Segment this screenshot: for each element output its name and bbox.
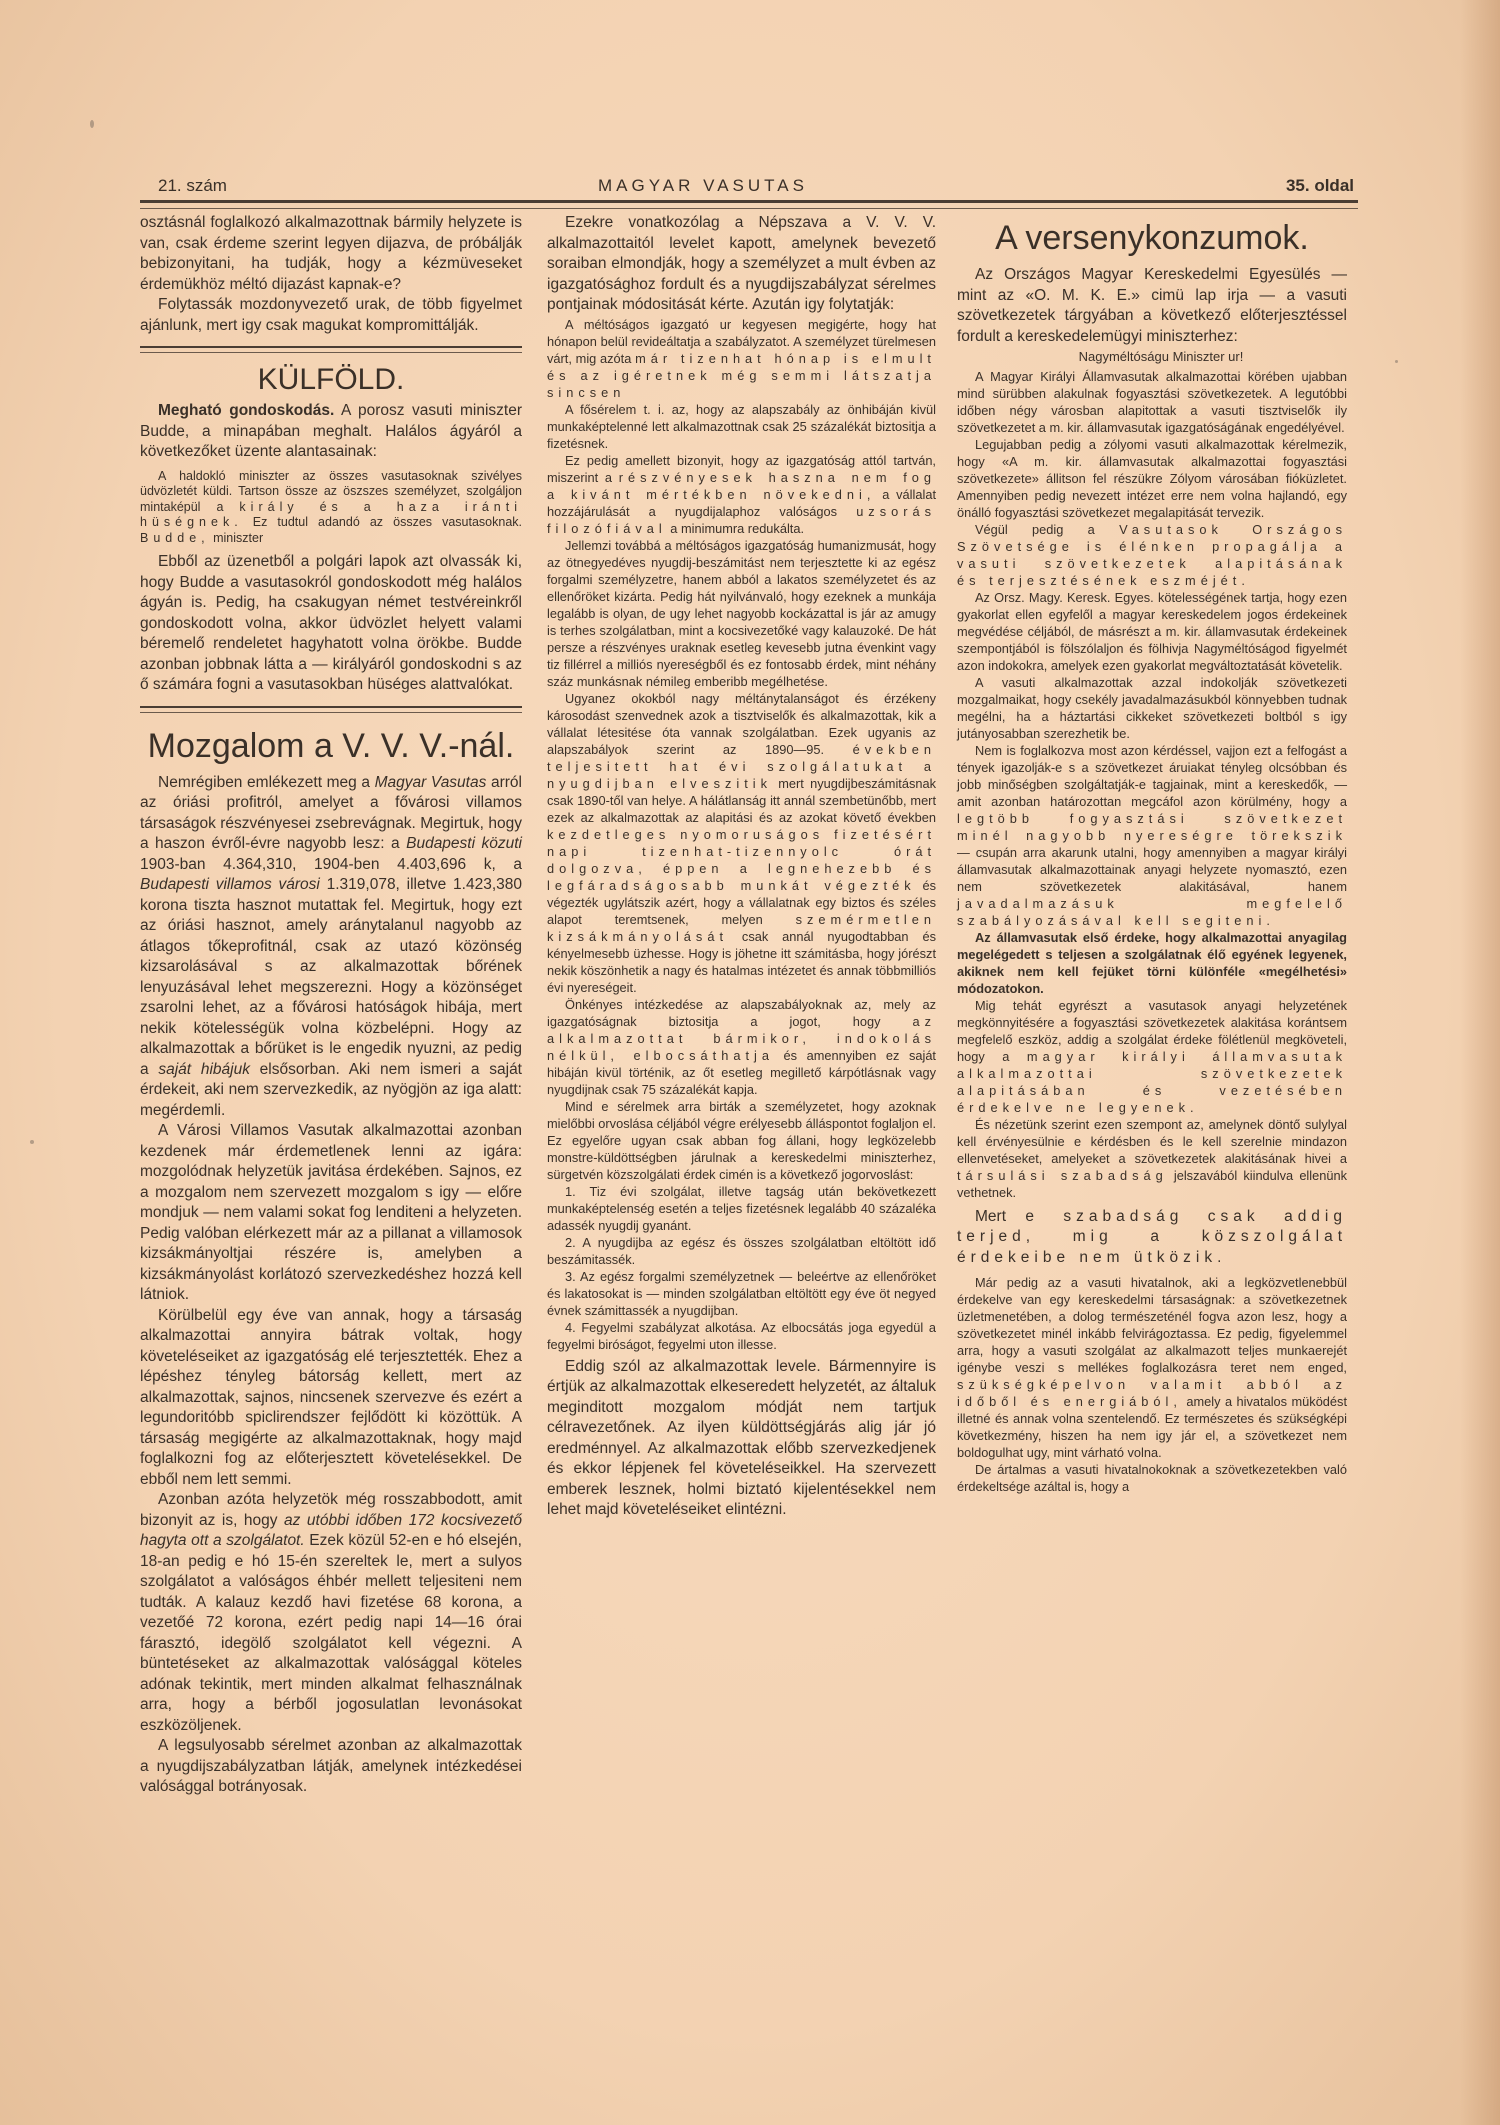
column-middle: Ezekre vonatkozólag a Népszava a V. V. V… bbox=[547, 213, 936, 1521]
section-title-versenykonzumok: A versenykonzumok. bbox=[957, 219, 1347, 257]
paper-speck bbox=[30, 1140, 34, 1144]
section-title-mozgalom: Mozgalom a V. V. V.-nál. bbox=[140, 727, 522, 765]
paragraph: osztásnál foglalkozó alkalmazottnak bárm… bbox=[140, 213, 522, 295]
page-edge-shadow bbox=[1460, 0, 1500, 2125]
letter-paragraph: De ártalmas a vasuti hivatalnokoknak a s… bbox=[957, 1461, 1347, 1495]
letter-paragraph: A fősérelem t. i. az, hogy az alapszabál… bbox=[547, 401, 936, 452]
article-subtitle: Megható gondoskodás. bbox=[158, 402, 334, 419]
paragraph: Az Országos Magyar Kereskedelmi Egyesülé… bbox=[957, 265, 1347, 347]
section-divider bbox=[140, 706, 522, 713]
page-header: 21. szám MAGYAR VASUTAS 35. oldal bbox=[158, 170, 1354, 200]
letter-paragraph: És nézetünk szerint ezen szempont az, am… bbox=[957, 1116, 1347, 1201]
section-divider bbox=[140, 346, 522, 353]
letter-paragraph: Végül pedig a Vasutasok Országos Szövets… bbox=[957, 521, 1347, 589]
letter-paragraph: A vasuti alkalmazottak azzal indokolják … bbox=[957, 674, 1347, 742]
article-lead: Megható gondoskodás. A porosz vasuti min… bbox=[140, 401, 522, 463]
issue-number: 21. szám bbox=[158, 176, 227, 196]
demand-item: 3. Az egész forgalmi személyzetnek — bel… bbox=[547, 1268, 936, 1319]
letter-paragraph: Ugyanez okokból nagy méltánytalanságot é… bbox=[547, 690, 936, 996]
section-title-kulfold: KÜLFÖLD. bbox=[140, 363, 522, 397]
demand-item: 4. Fegyelmi szabályzat alkotása. Az elbo… bbox=[547, 1319, 936, 1353]
paragraph: Ezekre vonatkozólag a Népszava a V. V. V… bbox=[547, 213, 936, 316]
column-left: osztásnál foglalkozó alkalmazottnak bárm… bbox=[140, 213, 522, 1798]
letter-paragraph-emphasis: Az államvasutak első érdeke, hogy alkalm… bbox=[957, 929, 1347, 997]
paragraph: Nemrégiben emlékezett meg a Magyar Vasut… bbox=[140, 773, 522, 1122]
letter-paragraph: Mert e szabadság csak addig terjed, mig … bbox=[957, 1207, 1347, 1269]
paper-speck bbox=[90, 120, 94, 128]
paragraph: Azonban azóta helyzetök még rosszabbodot… bbox=[140, 1490, 522, 1736]
letter-paragraph: Legujabban pedig a zólyomi vasuti alkalm… bbox=[957, 436, 1347, 521]
demand-item: 2. A nyugdijba az egész és összes szolgá… bbox=[547, 1234, 936, 1268]
masthead-title: MAGYAR VASUTAS bbox=[598, 176, 808, 196]
letter-paragraph: Jellemzi továbbá a méltóságos igazgatósá… bbox=[547, 537, 936, 690]
paragraph: Folytassák mozdonyvezető urak, de több f… bbox=[140, 295, 522, 336]
quoted-message: A haldokló miniszter az összes vasutasok… bbox=[140, 469, 522, 547]
letter-paragraph: A méltóságos igazgató ur kegyesen megigé… bbox=[547, 316, 936, 401]
letter-paragraph: Önkényes intézkedése az alapszabályoknak… bbox=[547, 996, 936, 1098]
paragraph: Eddig szól az alkalmazottak levele. Bárm… bbox=[547, 1357, 936, 1521]
letter-paragraph: Már pedig az a vasuti hivatalnok, aki a … bbox=[957, 1274, 1347, 1461]
paragraph: Ebből az üzenetből a polgári lapok azt o… bbox=[140, 552, 522, 696]
paragraph: A Városi Villamos Vasutak alkalmazottai … bbox=[140, 1121, 522, 1306]
letter-paragraph: Ez pedig amellett bizonyit, hogy az igaz… bbox=[547, 452, 936, 537]
column-right: A versenykonzumok. Az Országos Magyar Ke… bbox=[957, 213, 1347, 1495]
letter-paragraph: Mind e sérelmek arra birták a személyzet… bbox=[547, 1098, 936, 1183]
letter-paragraph: Nem is foglalkozva most azon kérdéssel, … bbox=[957, 742, 1347, 929]
demand-item: 1. Tiz évi szolgálat, illetve tagság utá… bbox=[547, 1183, 936, 1234]
header-rule bbox=[140, 200, 1358, 209]
letter-paragraph: Az Orsz. Magy. Keresk. Egyes. kötelesség… bbox=[957, 589, 1347, 674]
paragraph: Körülbelül egy éve van annak, hogy a tár… bbox=[140, 1306, 522, 1491]
paper-speck bbox=[1395, 360, 1398, 363]
letter-paragraph: A Magyar Királyi Államvasutak alkalmazot… bbox=[957, 368, 1347, 436]
letter-paragraph: Mig tehát egyrészt a vasutasok anyagi he… bbox=[957, 997, 1347, 1116]
letter-salutation: Nagyméltóságu Miniszter ur! bbox=[957, 347, 1347, 368]
paragraph: A legsulyosabb sérelmet azonban az alkal… bbox=[140, 1736, 522, 1798]
page-number: 35. oldal bbox=[1286, 176, 1354, 196]
